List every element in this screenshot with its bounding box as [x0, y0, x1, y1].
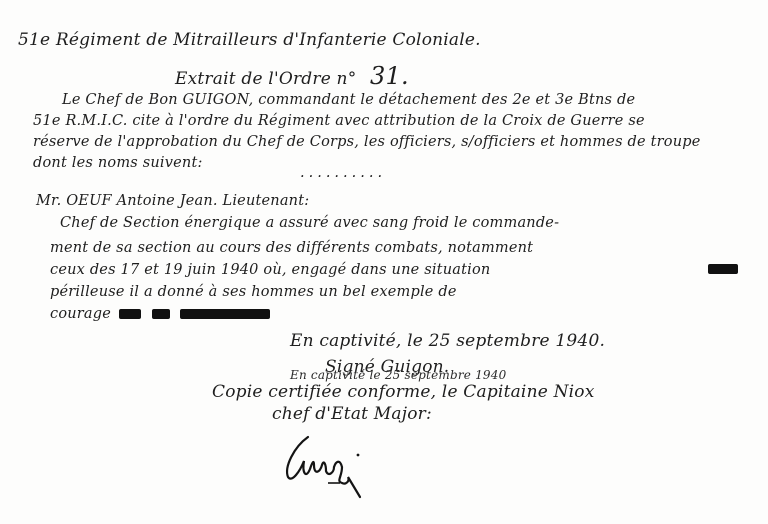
order-title: Extrait de l'Ordre n° 31. [175, 62, 409, 90]
order-number: 31. [370, 62, 409, 90]
document-page: 51e Régiment de Mitrailleurs d'Infanteri… [0, 0, 768, 524]
redaction-mark [152, 309, 170, 319]
citation-line-3: ceux des 17 et 19 juin 1940 où, engagé d… [50, 262, 490, 278]
citation-line-1: Chef de Section énergique a assuré avec … [60, 215, 559, 231]
citation-line-4: périlleuse il a donné à ses hommes un be… [50, 284, 457, 300]
intro-line-3: réserve de l'approbation du Chef de Corp… [33, 134, 701, 150]
order-label: Extrait de l'Ordre n° [175, 69, 356, 89]
handwritten-signature-icon [280, 425, 390, 509]
place-date: En captivité, le 25 septembre 1940. [290, 331, 605, 351]
intro-line-1: Le Chef de Bon GUIGON, commandant le dét… [62, 92, 635, 108]
redaction-mark [119, 309, 141, 319]
certified-copy: Copie certifiée conforme, le Capitaine N… [212, 382, 595, 402]
regiment-header: 51e Régiment de Mitrailleurs d'Infanteri… [18, 30, 481, 50]
dots: .......... [300, 165, 386, 181]
overwritten-date: En captivité le 25 septembre 1940 [290, 368, 506, 382]
role-line: chef d'Etat Major: [272, 404, 432, 424]
intro-line-4: dont les noms suivent: [33, 155, 203, 171]
citation-name: Mr. OEUF Antoine Jean. Lieutenant: [36, 193, 309, 209]
citation-courage: courage [50, 306, 111, 322]
redaction-mark [180, 309, 270, 319]
redaction-mark [708, 264, 738, 274]
intro-line-2: 51e R.M.I.C. cite à l'ordre du Régiment … [33, 113, 645, 129]
citation-line-5: courage [50, 306, 273, 322]
citation-line-2: ment de sa section au cours des différen… [50, 240, 533, 256]
